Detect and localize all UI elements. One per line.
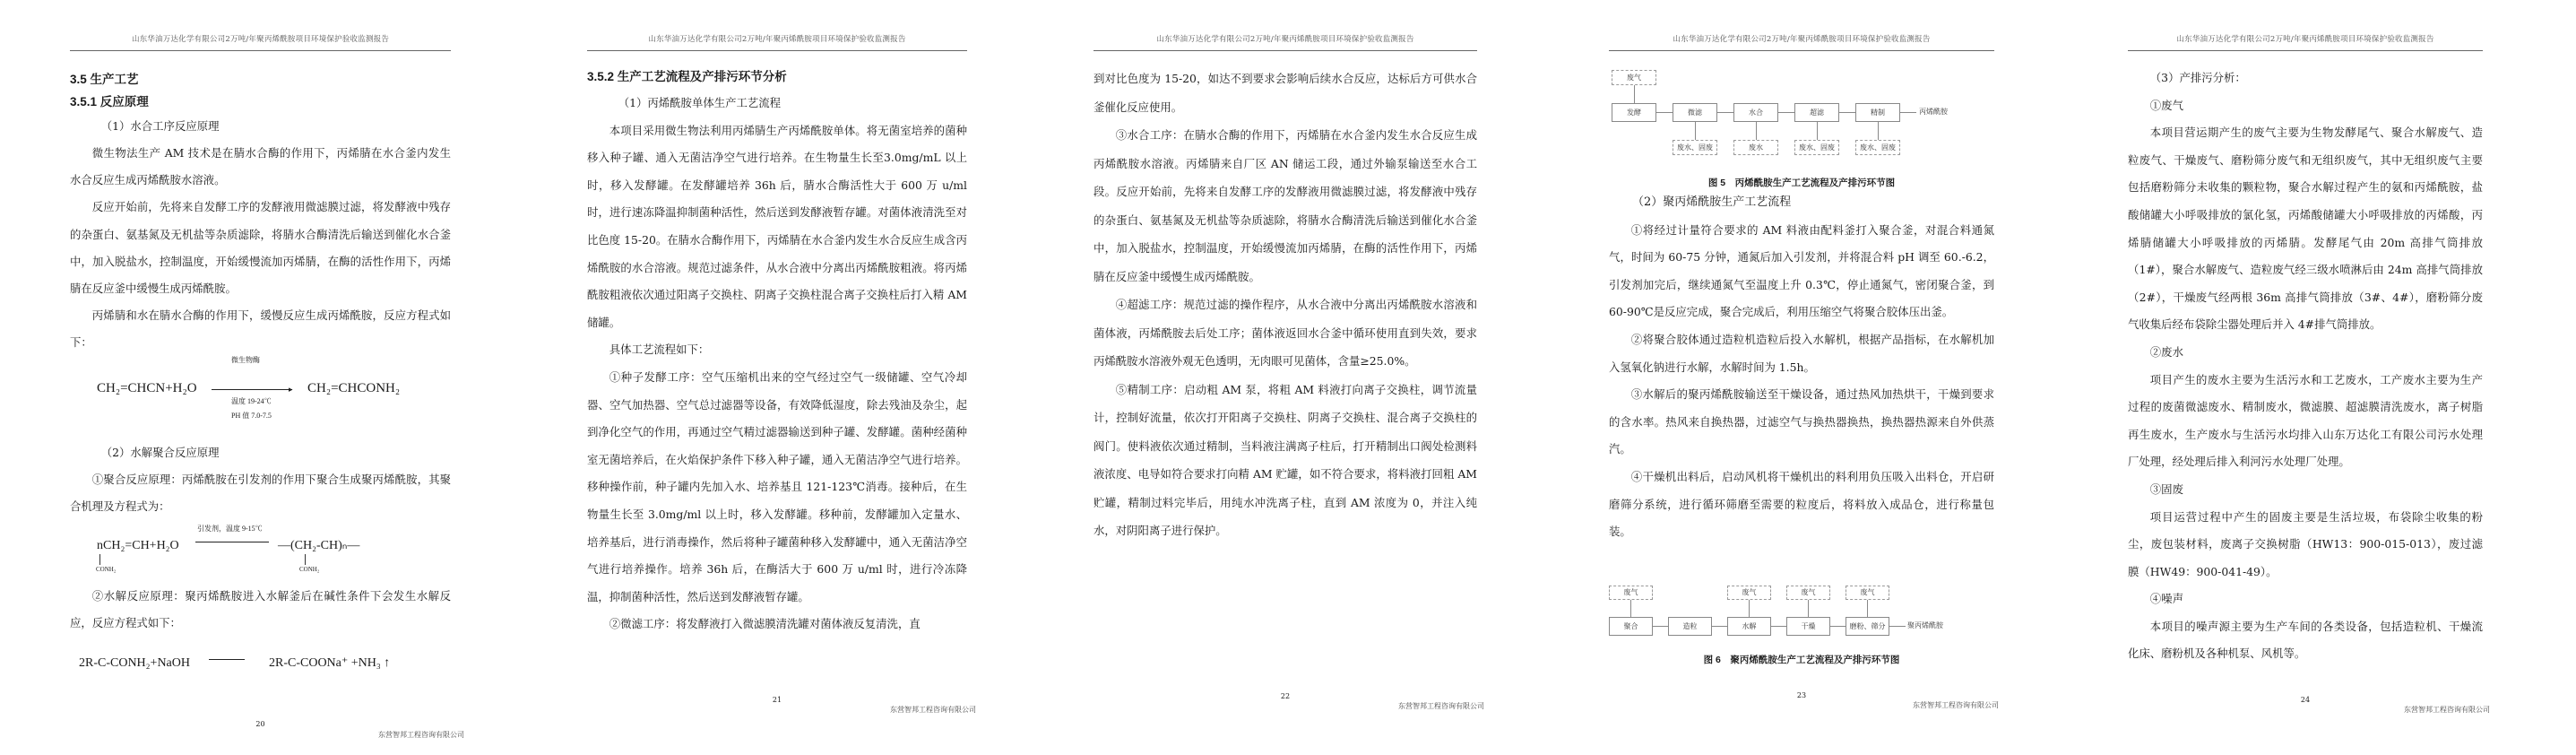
paragraph: ②将聚合胶体通过造粒机造粒后投入水解机，根据产品指标，在水解机加入氢氧化钠进行水… <box>1609 326 1994 381</box>
equation-hydrolysis: 2R-C-CONH₂+NaOH 2R-C-COONa⁺ +NH₃ ↑ <box>70 638 451 682</box>
page-number: 22 <box>1094 692 1477 700</box>
paragraph: 本项目采用微生物法利用丙烯腈生产丙烯酰胺单体。将无菌室培养的菌种移入种子罐、通入… <box>587 117 967 337</box>
figure-caption: 图 5 丙烯酰胺生产工艺流程及产排污环节图 <box>1609 176 1994 189</box>
sub-title: （1）水合工序反应原理 <box>70 113 451 140</box>
process-step: 发酵 <box>1612 103 1656 122</box>
product-label: 聚丙烯酰胺 <box>1907 620 1943 630</box>
emission-arrow <box>1695 122 1696 140</box>
equation-condition: PH 值 7.0-7.5 <box>231 411 272 421</box>
paragraph: 丙烯腈和水在腈水合酶的作用下，缓慢反应生成丙烯酰胺，反应方程式如下： <box>70 302 451 356</box>
equation-right: 2R-C-COONa⁺ +NH₃ ↑ <box>269 650 390 677</box>
process-step: 超滤 <box>1794 103 1839 122</box>
product-label: 丙烯酰胺 <box>1919 107 1948 117</box>
emission-box: 废水、固废 <box>1673 140 1717 155</box>
emission-box: 废气 <box>1609 586 1653 600</box>
equation-left: 2R-C-CONH₂+NaOH <box>79 650 190 677</box>
emission-arrow <box>1817 122 1818 140</box>
equation-right: —(CH₂-CH)ₙ— <box>278 533 359 560</box>
emission-arrow <box>1634 85 1635 103</box>
flow-line <box>1778 112 1794 113</box>
equation-condition: 引发剂，温度 9-15℃ <box>197 524 263 534</box>
section-heading: 3.5 生产工艺 <box>70 68 451 91</box>
arrow-head: ▸ <box>289 384 293 395</box>
emission-box: 废水、固废 <box>1794 140 1839 155</box>
subsection-heading: 3.5.2 生产工艺流程及产排污环节分析 <box>587 65 967 90</box>
process-step: 磨粉、筛分 <box>1846 617 1889 636</box>
figure-5-flowchart: 废气 发酵 微滤 水合 超滤 精制 丙烯酰胺 废水、固废 废水 废水、固废 废水… <box>1609 67 1994 148</box>
reaction-arrow <box>209 659 245 660</box>
emission-arrow <box>1630 600 1631 617</box>
emission-arrow <box>1808 600 1809 617</box>
flow-arrow <box>1656 112 1673 113</box>
header-divider <box>2128 50 2483 51</box>
paragraph: ①将经过计量符合要求的 AM 料液由配料釜打入聚合釜，对混合料通氮气，时间为 6… <box>1609 217 1994 326</box>
header-divider <box>587 50 967 51</box>
substituent: CONH₂ <box>96 565 116 574</box>
paragraph: ②微滤工序：将发酵液打入微滤膜清洗罐对菌体液反复清洗，直 <box>587 611 967 638</box>
paragraph: ②水解反应原理：聚丙烯酰胺进入水解釜后在碱性条件下会发生水解反应，反应方程式如下… <box>70 583 451 637</box>
emission-box: 废水、固废 <box>1855 140 1900 155</box>
emission-box: 废气 <box>1612 70 1656 85</box>
process-step: 精制 <box>1855 103 1900 122</box>
process-step: 水合 <box>1733 103 1778 122</box>
equation-polymerization: nCH₂=CH+H₂O 引发剂，温度 9-15℃ —(CH₂-CH)ₙ— CON… <box>70 520 451 583</box>
paragraph: ④超滤工序：规范过滤的操作程序，从水合液中分离出丙烯酰胺水溶液和菌体液，丙烯酰胺… <box>1094 291 1477 376</box>
process-step: 造粒 <box>1668 617 1712 636</box>
footer-company: 东营智邦工程咨询有限公司 <box>2404 705 2490 715</box>
paragraph: 到对比色度为 15-20，如达不到要求会影响后续水合反应，达标后方可供水合釜催化… <box>1094 65 1477 121</box>
header-divider <box>1094 50 1477 51</box>
emission-box: 废气 <box>1846 586 1889 600</box>
paragraph: ①聚合反应原理：丙烯酰胺在引发剂的作用下聚合生成聚丙烯酰胺，其聚合机理及方程式为… <box>70 466 451 520</box>
paragraph: 项目产生的废水主要为生活污水和工艺废水，工产废水主要为生产过程的废菌微滤废水、精… <box>2128 367 2483 476</box>
paragraph: ⑤精制工序：启动粗 AM 泵，将粗 AM 料液打向离子交换柱，调节流量计，控制好… <box>1094 376 1477 545</box>
flow-arrow <box>1900 112 1916 113</box>
footer-company: 东营智邦工程咨询有限公司 <box>378 730 464 740</box>
reaction-arrow <box>195 542 269 542</box>
paragraph: 微生物法生产 AM 技术是在腈水合酶的作用下，丙烯腈在水合釜内发生水合反应生成丙… <box>70 140 451 194</box>
flow-line <box>1839 112 1855 113</box>
page-20: 山东华油万达化学有限公司2万吨/年聚丙烯酰胺项目环境保护验收监测报告 3.5 生… <box>70 0 451 755</box>
page-23: 山东华油万达化学有限公司2万吨/年聚丙烯酰胺项目环境保护验收监测报告 废气 发酵… <box>1609 0 1994 755</box>
emission-arrow <box>1867 600 1868 617</box>
sub-title: ②废水 <box>2128 339 2483 367</box>
page-number: 21 <box>587 696 967 704</box>
paragraph: 反应开始前，先将来自发酵工序的发酵液用微滤膜过滤，将发酵液中残存的杂蛋白、氨基氮… <box>70 194 451 302</box>
reaction-arrow <box>212 389 292 390</box>
equation-right: CH₂=CHCONH₂ <box>307 375 400 402</box>
figure-caption: 图 6 聚丙烯酰胺生产工艺流程及产排污环节图 <box>1609 653 1994 666</box>
equation-left: CH₂=CHCN+H₂O <box>97 375 197 402</box>
page-24: 山东华油万达化学有限公司2万吨/年聚丙烯酰胺项目环境保护验收监测报告 （3）产排… <box>2128 0 2483 755</box>
equation-left: nCH₂=CH+H₂O <box>97 533 179 560</box>
paragraph: 具体工艺流程如下： <box>587 336 967 364</box>
bond-line <box>99 554 100 565</box>
flow-arrow <box>1889 626 1906 627</box>
sub-title: ①废气 <box>2128 92 2483 120</box>
page-number: 20 <box>70 720 451 728</box>
sub-title: （1）丙烯酰胺单体生产工艺流程 <box>587 90 967 117</box>
equation-condition: 温度 19-24℃ <box>231 396 272 407</box>
equation-condition: 微生物酶 <box>231 355 260 366</box>
flow-line <box>1771 626 1786 627</box>
emission-box: 废水 <box>1733 140 1778 155</box>
sub-title: ③固废 <box>2128 476 2483 504</box>
paragraph: 本项目的噪声源主要为生产车间的各类设备，包括造粒机、干燥流化床、磨粉机及各种机泵… <box>2128 613 2483 668</box>
header-divider <box>70 50 451 51</box>
paragraph: ①种子发酵工序：空气压缩机出来的空气经过空气一级储罐、空气冷却器、空气加热器、空… <box>587 364 967 611</box>
substituent: CONH₂ <box>299 565 319 574</box>
paragraph: ④干燥机出料后，启动风机将干燥机出的料利用负压吸入出料仓，开启研磨筛分系统，进行… <box>1609 464 1994 546</box>
process-step: 微滤 <box>1673 103 1717 122</box>
equation-hydration: CH₂=CHCN+H₂O 微生物酶 ▸ 温度 19-24℃ PH 值 7.0-7… <box>70 357 451 447</box>
process-step: 聚合 <box>1609 617 1653 636</box>
page-number: 24 <box>2128 696 2483 704</box>
page-22: 山东华油万达化学有限公司2万吨/年聚丙烯酰胺项目环境保护验收监测报告 到对比色度… <box>1094 0 1477 755</box>
running-header: 山东华油万达化学有限公司2万吨/年聚丙烯酰胺项目环境保护验收监测报告 <box>2126 33 2485 44</box>
footer-company: 东营智邦工程咨询有限公司 <box>1398 701 1484 711</box>
emission-arrow <box>1756 122 1757 140</box>
footer-company: 东营智邦工程咨询有限公司 <box>1913 700 1999 710</box>
running-header: 山东华油万达化学有限公司2万吨/年聚丙烯酰胺项目环境保护验收监测报告 <box>1094 33 1477 44</box>
footer-company: 东营智邦工程咨询有限公司 <box>890 705 976 715</box>
sub-title: （3）产排污分析： <box>2128 65 2483 92</box>
process-step: 干燥 <box>1786 617 1830 636</box>
page-number: 23 <box>1609 691 1994 699</box>
flow-arrow <box>1653 626 1668 627</box>
paragraph: ③水合工序：在腈水合酶的作用下，丙烯腈在水合釜内发生水合反应生成丙烯酰胺水溶液。… <box>1094 121 1477 291</box>
emission-arrow <box>1878 122 1879 140</box>
sub-title: （2）聚丙烯酰胺生产工艺流程 <box>1609 189 1994 217</box>
sub-title: ④噪声 <box>2128 586 2483 613</box>
running-header: 山东华油万达化学有限公司2万吨/年聚丙烯酰胺项目环境保护验收监测报告 <box>70 33 451 44</box>
flow-line <box>1712 626 1727 627</box>
page-21: 山东华油万达化学有限公司2万吨/年聚丙烯酰胺项目环境保护验收监测报告 3.5.2… <box>587 0 967 755</box>
bond-line <box>305 554 306 565</box>
flow-line <box>1830 626 1846 627</box>
emission-box: 废气 <box>1727 586 1771 600</box>
emission-box: 废气 <box>1786 586 1830 600</box>
process-step: 水解 <box>1727 617 1771 636</box>
running-header: 山东华油万达化学有限公司2万吨/年聚丙烯酰胺项目环境保护验收监测报告 <box>1609 33 1994 44</box>
running-header: 山东华油万达化学有限公司2万吨/年聚丙烯酰胺项目环境保护验收监测报告 <box>587 33 967 44</box>
figure-6-flowchart: 废气 废气 废气 废气 聚合 造粒 水解 干燥 磨粉、筛分 聚丙烯酰胺 <box>1609 583 1994 637</box>
subsection-heading: 3.5.1 反应原理 <box>70 91 451 113</box>
flow-line <box>1717 112 1733 113</box>
emission-arrow <box>1749 600 1750 617</box>
paragraph: 本项目营运期产生的废气主要为生物发酵尾气、聚合水解废气、造粒废气、干燥废气、磨粉… <box>2128 119 2483 339</box>
header-divider <box>1609 50 1994 51</box>
paragraph: 项目运营过程中产生的固废主要是生活垃圾，布袋除尘收集的粉尘，废包装材料，废离子交… <box>2128 504 2483 586</box>
paragraph: ③水解后的聚丙烯酰胺输送至干燥设备，通过热风加热烘干，干燥到要求的含水率。热风来… <box>1609 381 1994 464</box>
